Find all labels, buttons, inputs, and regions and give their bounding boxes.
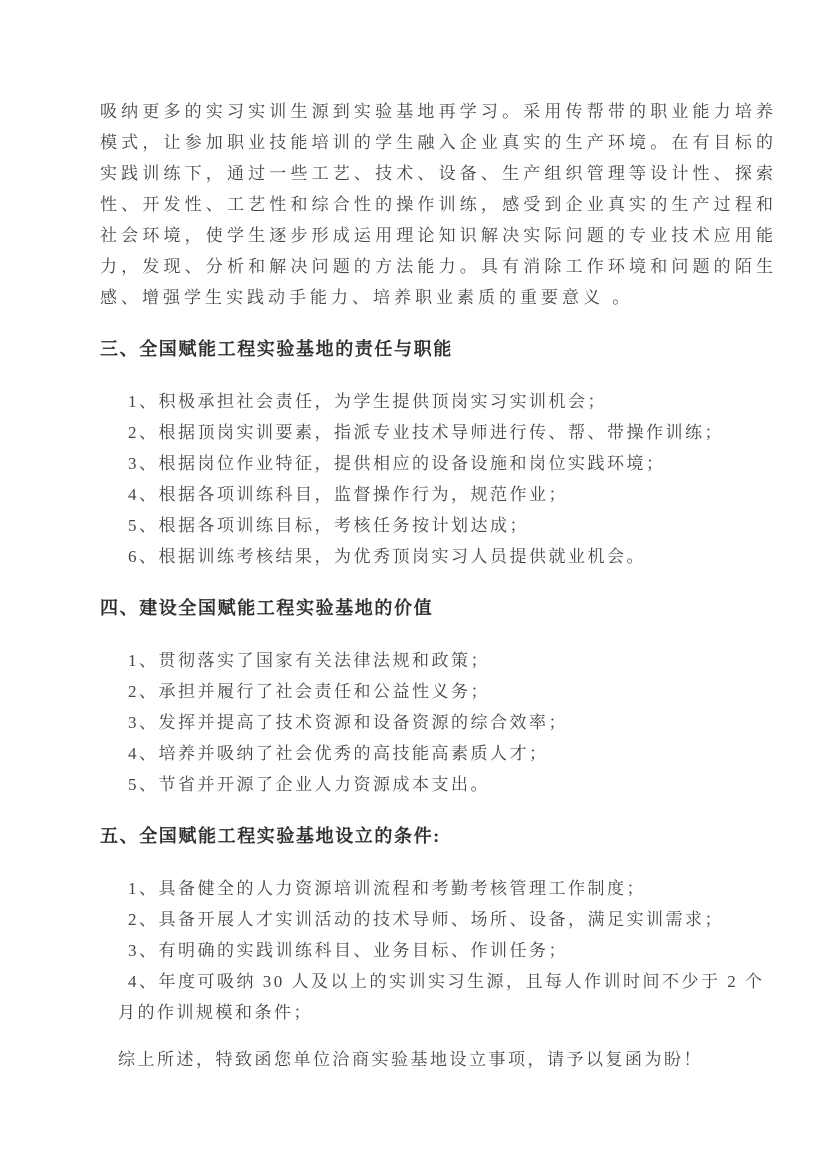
list-item: 5、根据各项训练目标，考核任务按计划达成； (118, 510, 777, 541)
list-item: 3、有明确的实践训练科目、业务目标、作训任务； (118, 935, 777, 966)
list-item: 3、发挥并提高了技术资源和设备资源的综合效率； (118, 707, 777, 738)
list-item: 4、根据各项训练科目，监督操作行为，规范作业； (118, 479, 777, 510)
closing-paragraph: 综上所述，特致函您单位洽商实验基地设立事项，请予以复函为盼！ (100, 1044, 777, 1075)
list-item: 4、培养并吸纳了社会优秀的高技能高素质人才； (118, 738, 777, 769)
responsibilities-list: 1、积极承担社会责任，为学生提供顶岗实习实训机会； 2、根据顶岗实训要素，指派专… (100, 386, 777, 572)
section-heading-value: 四、建设全国赋能工程实验基地的价值 (100, 593, 777, 624)
document-page: 吸纳更多的实习实训生源到实验基地再学习。采用传帮带的职业能力培养模式，让参加职业… (0, 0, 827, 1170)
list-item: 5、节省并开源了企业人力资源成本支出。 (118, 769, 777, 800)
list-item: 1、具备健全的人力资源培训流程和考勤考核管理工作制度； (118, 873, 777, 904)
list-item: 2、具备开展人才实训活动的技术导师、场所、设备，满足实训需求； (118, 904, 777, 935)
section-heading-responsibilities: 三、全国赋能工程实验基地的责任与职能 (100, 334, 777, 365)
list-item: 1、积极承担社会责任，为学生提供顶岗实习实训机会； (118, 386, 777, 417)
list-item: 3、根据岗位作业特征，提供相应的设备设施和岗位实践环境； (118, 448, 777, 479)
list-item: 6、根据训练考核结果，为优秀顶岗实习人员提供就业机会。 (118, 541, 777, 572)
list-item: 4、年度可吸纳 30 人及以上的实训实习生源，且每人作训时间不少于 2 个月的作… (118, 966, 777, 1028)
list-item: 2、承担并履行了社会责任和公益性义务； (118, 676, 777, 707)
list-item: 2、根据顶岗实训要素，指派专业技术导师进行传、帮、带操作训练； (118, 417, 777, 448)
value-list: 1、贯彻落实了国家有关法律法规和政策； 2、承担并履行了社会责任和公益性义务； … (100, 645, 777, 800)
intro-paragraph: 吸纳更多的实习实训生源到实验基地再学习。采用传帮带的职业能力培养模式，让参加职业… (100, 96, 777, 313)
list-item: 1、贯彻落实了国家有关法律法规和政策； (118, 645, 777, 676)
section-heading-conditions: 五、全国赋能工程实验基地设立的条件: (100, 821, 777, 852)
conditions-list: 1、具备健全的人力资源培训流程和考勤考核管理工作制度； 2、具备开展人才实训活动… (100, 873, 777, 1028)
